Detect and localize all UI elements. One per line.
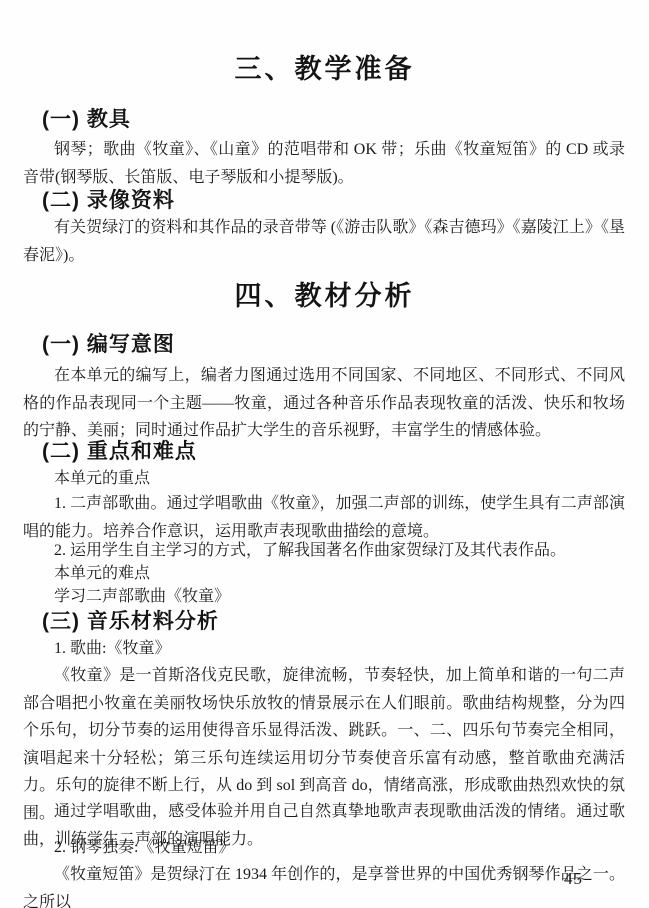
page-number: 45 [564,869,583,889]
chapter-title-material-analysis: 四、教材分析 [0,279,649,313]
paragraph-teaching-aids: 钢琴；歌曲《牧童》、《山童》的范唱带和 OK 带；乐曲《牧童短笛》的 CD 或录… [23,136,625,191]
section-heading-music-material-analysis: (三) 音乐材料分析 [42,609,625,634]
label-unit-key-points: 本单元的重点 [23,465,625,493]
section-heading-video-materials: (二) 录像资料 [42,188,625,213]
paragraph-writing-intent: 在本单元的编写上，编者力图通过选用不同国家、不同地区、不同形式、不同风格的作品表… [23,362,625,445]
chapter-title-teaching-preparation: 三、教学准备 [0,52,649,86]
subheading-song-muton: 1. 歌曲:《牧童》 [23,635,625,663]
section-heading-writing-intent: (一) 编写意图 [42,332,625,357]
paragraph-piano-solo-analysis: 《牧童短笛》是贺绿汀在 1934 年创作的，是享誉世界的中国优秀钢琴作品之一。之… [23,861,625,908]
subheading-piano-solo: 2. 钢琴独奏:《牧童短笛》 [23,834,625,862]
document-page: 三、教学准备 (一) 教具 钢琴；歌曲《牧童》、《山童》的范唱带和 OK 带；乐… [0,0,649,908]
paragraph-video-materials: 有关贺绿汀的资料和其作品的录音带等 (《游击队歌》《森吉德玛》《嘉陵江上》《垦春… [23,214,625,269]
paragraph-difficulty-text: 学习二声部歌曲《牧童》 [23,583,625,611]
section-heading-key-points-difficulties: (二) 重点和难点 [42,439,625,464]
section-heading-teaching-aids: (一) 教具 [42,107,625,132]
